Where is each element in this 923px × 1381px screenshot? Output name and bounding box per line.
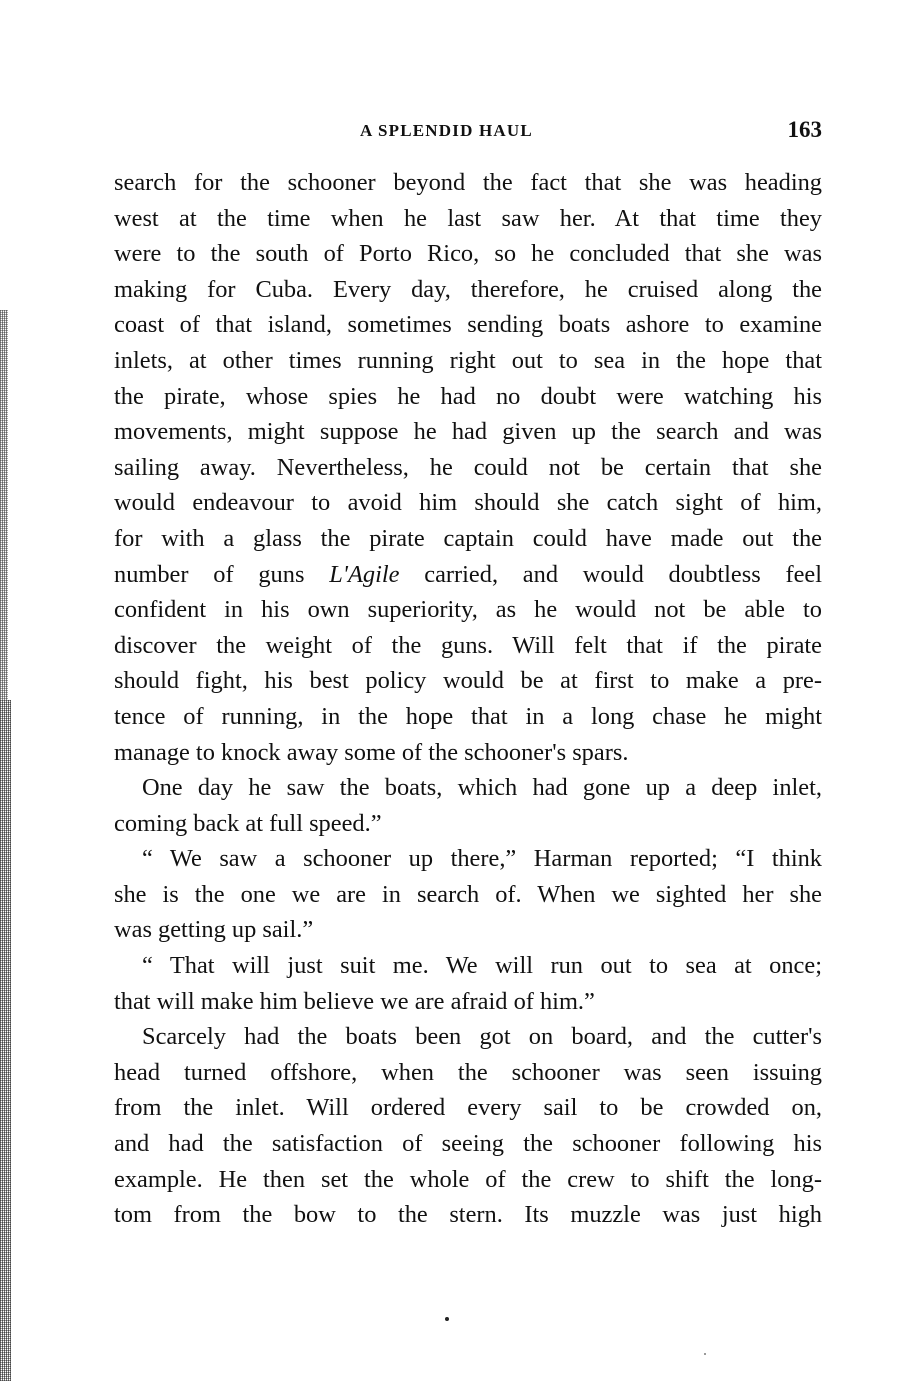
text-line: movements, might suppose he had given up… bbox=[114, 414, 822, 450]
scan-speck bbox=[445, 1317, 449, 1321]
paragraph-start-line: “ We saw a schooner up there,” Harman re… bbox=[114, 841, 822, 877]
text-line: manage to knock away some of the schoone… bbox=[114, 735, 822, 771]
text-line: inlets, at other times running right out… bbox=[114, 343, 822, 379]
running-title: A SPLENDID HAUL bbox=[360, 121, 533, 141]
text-fragment: carried, and would doubtless feel bbox=[399, 561, 822, 588]
text-line: were to the south of Porto Rico, so he c… bbox=[114, 236, 822, 272]
text-line: head turned offshore, when the schooner … bbox=[114, 1055, 822, 1091]
text-line: sailing away. Nevertheless, he could not… bbox=[114, 450, 822, 486]
text-line: from the inlet. Will ordered every sail … bbox=[114, 1090, 822, 1126]
text-line: she is the one we are in search of. When… bbox=[114, 877, 822, 913]
running-head: A SPLENDID HAUL 163 bbox=[114, 117, 822, 147]
page-number: 163 bbox=[788, 117, 823, 143]
text-line-with-ship-name: number of guns L'Agile carried, and woul… bbox=[114, 557, 822, 593]
text-line: making for Cuba. Every day, therefore, h… bbox=[114, 272, 822, 308]
text-line: was getting up sail.” bbox=[114, 912, 822, 948]
text-line: that will make him believe we are afraid… bbox=[114, 984, 822, 1020]
text-fragment: number of guns bbox=[114, 561, 329, 588]
text-line: example. He then set the whole of the cr… bbox=[114, 1162, 822, 1198]
text-line: confident in his own superiority, as he … bbox=[114, 592, 822, 628]
text-line: the pirate, whose spies he had no doubt … bbox=[114, 379, 822, 415]
scan-speck bbox=[704, 1353, 706, 1355]
text-line: tence of running, in the hope that in a … bbox=[114, 699, 822, 735]
text-line: would endeavour to avoid him should she … bbox=[114, 485, 822, 521]
text-line: discover the weight of the guns. Will fe… bbox=[114, 628, 822, 664]
text-line: and had the satisfaction of seeing the s… bbox=[114, 1126, 822, 1162]
paragraph-start-line: One day he saw the boats, which had gone… bbox=[114, 770, 822, 806]
body-text: search for the schooner beyond the fact … bbox=[114, 165, 822, 1233]
text-line: coast of that island, sometimes sending … bbox=[114, 307, 822, 343]
text-line: should fight, his best policy would be a… bbox=[114, 663, 822, 699]
text-line: tom from the bow to the stern. Its muzzl… bbox=[114, 1197, 822, 1233]
paragraph-start-line: Scarcely had the boats been got on board… bbox=[114, 1019, 822, 1055]
page-edge-binding-shadow-lower bbox=[0, 700, 11, 1381]
text-line: west at the time when he last saw her. A… bbox=[114, 201, 822, 237]
paragraph-start-line: “ That will just suit me. We will run ou… bbox=[114, 948, 822, 984]
ship-name-italic: L'Agile bbox=[329, 561, 399, 588]
text-line: search for the schooner beyond the fact … bbox=[114, 165, 822, 201]
text-line: for with a glass the pirate captain coul… bbox=[114, 521, 822, 557]
text-line: coming back at full speed.” bbox=[114, 806, 822, 842]
